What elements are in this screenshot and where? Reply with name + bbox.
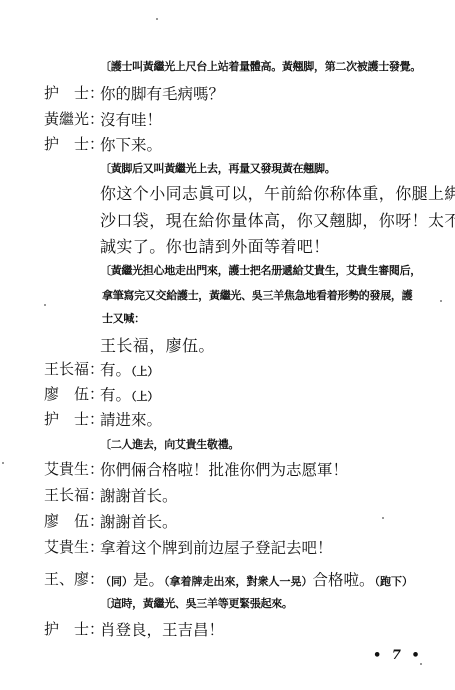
speaker-label: 护 士： — [44, 82, 104, 103]
speaker-label: 王长福： — [44, 358, 104, 379]
dialogue-text: 你們倆合格啦！批准你們为志愿軍！ — [100, 458, 348, 480]
dialogue-text: 拿着这个牌到前边屋子登記去吧！ — [100, 536, 333, 558]
scan-speck — [2, 462, 4, 464]
speaker-label: 廖 伍： — [44, 510, 104, 531]
dialogue-text: 請进來。 — [100, 408, 162, 430]
stage-direction: 〔二人進去，向艾貴生敬禮。 — [100, 436, 239, 452]
dialogue-text: 有。（上） — [100, 383, 159, 405]
scan-speck — [156, 18, 158, 20]
dialogue-words: 有。 — [100, 386, 131, 404]
speaker-label: 艾貴生： — [44, 536, 104, 557]
dialogue-continuation: 你这个小同志眞可以，午前給你称体重，你腿上綁 — [100, 181, 455, 204]
stage-direction: 〔護士叫黃繼光上尺台上站着量體高。黃翹脚，第二次被護士發覺。 — [100, 58, 421, 74]
speaker-label: 护 士： — [44, 618, 104, 639]
stage-direction: 〔黃脚后又叫黃繼光上去，再量又發現黃在翹脚。 — [100, 160, 335, 176]
scan-speck — [440, 300, 442, 302]
speaker-label: 王长福： — [44, 484, 104, 505]
speaker-label: 黃繼光： — [44, 108, 104, 129]
dialogue-continuation: 沙口袋，現在給你量体高，你又翹脚，你呀！太不 — [100, 208, 455, 231]
dialogue-text: 沒有哇！ — [100, 108, 162, 130]
speaker-label: 艾貴生： — [44, 458, 104, 479]
stage-note: （上） — [131, 365, 159, 378]
dialogue-text: 謝謝首长。 — [100, 484, 178, 506]
speaker-label: 廖 伍： — [44, 383, 104, 404]
dialogue-continuation: 王长福，廖伍。 — [100, 333, 215, 356]
dialogue-text: （同）是。（拿着牌走出來，對衆人一晃）合格啦。（跑下） — [100, 568, 413, 590]
speaker-label: 护 士： — [44, 133, 104, 154]
dialogue-words: 有。 — [100, 361, 131, 379]
dialogue-text: 有。（上） — [100, 358, 159, 380]
scan-speck — [382, 517, 384, 519]
stage-note: （跑下） — [375, 575, 414, 588]
stage-note: （拿着牌走出來，對衆人一晃） — [164, 575, 313, 588]
scan-speck — [44, 304, 46, 306]
speaker-label: 王、廖： — [44, 568, 104, 589]
dialogue-continuation: 誠实了。你也請到外面等着吧！ — [100, 234, 330, 257]
dialogue-text: 你下来。 — [100, 133, 162, 155]
page-number: • 7 • — [373, 648, 423, 663]
dialogue-text: 你的脚有毛病嗎？ — [100, 82, 224, 104]
speaker-label: 护 士： — [44, 408, 104, 429]
dialogue-words: 是。 — [133, 571, 164, 589]
stage-direction: 〔這時，黃繼光、吳三羊等更緊張起來。 — [100, 595, 293, 611]
dialogue-text: 肖登良，王吉昌！ — [100, 618, 224, 640]
stage-direction-continuation: 拿筆寫完又交給護士，黃繼光、吳三羊焦急地看着形勢的發展，護 — [102, 287, 412, 303]
dialogue-text: 謝謝首长。 — [100, 510, 178, 532]
stage-note: （同） — [100, 575, 133, 588]
stage-direction: 〔黃繼光担心地走出門來，護士把名册遞給艾貴生，艾貴生審閱后， — [100, 262, 421, 278]
script-page: 〔護士叫黃繼光上尺台上站着量體高。黃翹脚，第二次被護士發覺。 护 士： 你的脚有… — [0, 0, 455, 690]
stage-direction-continuation: 士又喊： — [102, 310, 145, 326]
scan-speck — [420, 663, 422, 665]
stage-note: （上） — [131, 390, 159, 403]
dialogue-words: 合格啦。 — [313, 571, 375, 589]
